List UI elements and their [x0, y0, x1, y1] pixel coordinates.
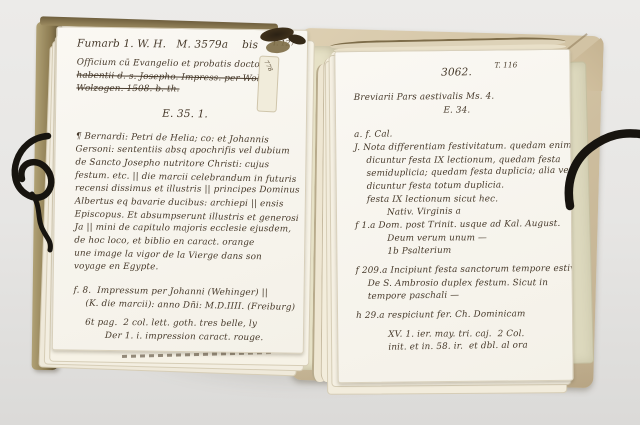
handwritten-line: Der 1. i. impression caract. rouge. — [105, 330, 291, 346]
handwritten-line: dicuntur festa totum duplicia. — [367, 179, 561, 194]
right-page: T. 116 3062.Breviarii Pars aestivalis Ms… — [334, 49, 573, 383]
handwritten-line: E. 34. — [354, 104, 560, 118]
handwritten-line: f 1.a Dom. post Trinit. usque ad Kal. Au… — [355, 218, 561, 233]
ribbon-bow-left-icon — [2, 122, 68, 257]
handwritten-line: (K. die marcii): anno Dñi: M.D.IIII. (Fr… — [85, 298, 291, 315]
gutter-slip: 778 — [257, 56, 280, 113]
handwritten-line: voyage en Egypte. — [74, 261, 292, 276]
handwritten-line: recensi dissimus et illustris || princip… — [75, 183, 293, 198]
right-page-text: 3062.Breviarii Pars aestivalis Ms. 4.E. … — [335, 50, 572, 382]
ribbon-tie-right-icon — [556, 122, 640, 212]
right-page-stack: T. 116 3062.Breviarii Pars aestivalis Ms… — [312, 34, 576, 386]
handwritten-line: f 209.a Incipiunt festa sanctorum tempor… — [356, 263, 562, 278]
handwritten-line: 1b Psalterium — [387, 243, 561, 259]
handwritten-line: tempore paschali — — [368, 288, 562, 304]
handwritten-line: Ja || mini de capitulo majoris ecclesie … — [74, 222, 292, 237]
handwritten-line: Breviarii Pars aestivalis Ms. 4. — [354, 90, 560, 105]
handwritten-line: Nativ. Virginis a — [387, 204, 561, 220]
handwritten-line: h 29.a respiciunt fer. Ch. Dominicam — [356, 308, 562, 323]
handwritten-line: 3062. — [353, 65, 559, 81]
handwritten-line: Gersoni: sententiis absq apochrifis vel … — [75, 144, 293, 159]
slip-number: 778 — [262, 59, 276, 77]
handwritten-line: init. et in. 58. ir. et dbl. al ora — [388, 339, 562, 355]
handwritten-line: J. Nota differentiam festivitatum. queda… — [354, 140, 560, 155]
handwritten-line: 6t pag. 2 col. lett. goth. tres belle, l… — [85, 317, 291, 332]
photo-scene: T. 127 Fumarb 1. W. H. M. 3579a bisOffic… — [0, 0, 640, 425]
